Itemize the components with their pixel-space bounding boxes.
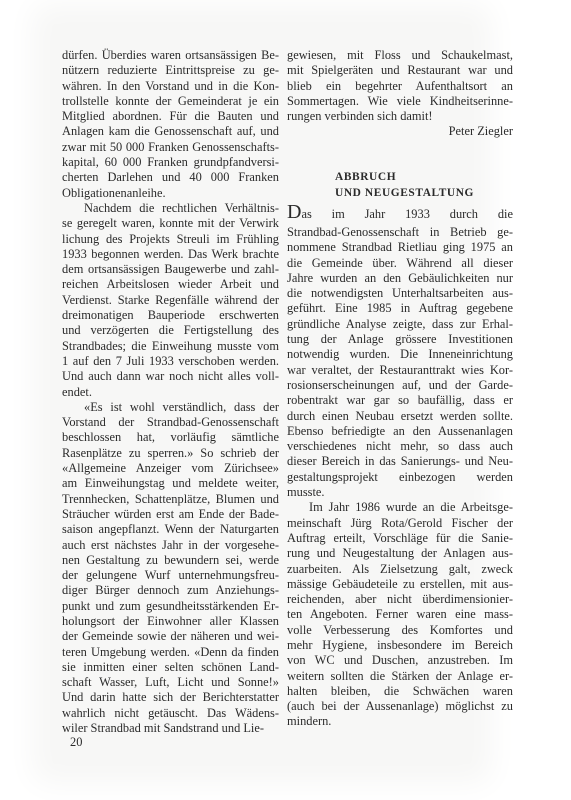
text-line: der Gemeinde sowie der näheren und wei- [62, 629, 279, 644]
text-line: cherten Darlehen und 40 000 Franken [62, 170, 279, 185]
page-number: 20 [70, 735, 82, 750]
text-line: reichenden, aber nicht überdimensionier- [287, 592, 513, 607]
text-line: währen. In den Vorstand und in die Kon- [62, 79, 279, 94]
text-line: ten Angeboten. Ferner waren eine mass- [287, 607, 513, 622]
text-line: tung der Anlage grössere Investitionen [287, 332, 513, 347]
text-line: reichen Arbeitslosen wieder Arbeit und [62, 277, 279, 292]
text-line: die notwendigsten Unterhaltsarbeiten aus… [287, 286, 513, 301]
text-line: sie inmitten einer selten schönen Land- [62, 660, 279, 675]
text-line: Rasenplätze zu sperren.» So schrieb der [62, 446, 279, 461]
text-line: Im Jahr 1986 wurde an die Arbeitsge- [287, 500, 513, 515]
text-line: Mitglied abordnen. Für die Bauten und [62, 109, 279, 124]
text-line: dreimonatigen Bauperiode erschwerten [62, 308, 279, 323]
text-line: «Allgemeine Anzeiger vom Zürichsee» [62, 461, 279, 476]
section-heading-line-1: ABBRUCH [287, 170, 513, 185]
text-line: rung und Neugestaltung der Anlagen aus- [287, 546, 513, 561]
text-line: holungsort der Einwohner aller Klassen [62, 614, 279, 629]
text-line: gewiesen, mit Floss und Schaukelmast, [287, 48, 513, 63]
text-line: geführt. Eine 1985 in Auftrag gegebene [287, 301, 513, 316]
text-line: endet. [62, 385, 279, 400]
text-line: kapital, 60 000 Franken grundpfandversi- [62, 155, 279, 170]
text-line: Strandbad-Genossenschaft in Betrieb ge- [287, 225, 513, 240]
text-line: rosionserscheinungen auf, und der Garde- [287, 378, 513, 393]
text-line: Sträucher würden erst am Ende der Bade- [62, 507, 279, 522]
text-line: Obligationenanleihe. [62, 186, 279, 201]
text-line: dem ortsansässigen Baugewerbe und zahl- [62, 262, 279, 277]
text-line: saison angepflanzt. Wenn der Naturgarten [62, 522, 279, 537]
text-line: 1933 begonnen werden. Das Werk brachte [62, 247, 279, 262]
text-line: teren Umgebung werden. «Denn da finden [62, 645, 279, 660]
text-line: nen Gestaltung zu bewundern sei, werde [62, 553, 279, 568]
text-line: Anlagen kam die Genossenschaft auf, und [62, 124, 279, 139]
text-line: dürfen. Überdies waren ortsansässigen Be… [62, 48, 279, 63]
text-line: weitern sollten die Stärken der Anlage e… [287, 669, 513, 684]
text-line: Auftrag erteilt, Vorschläge für die Sani… [287, 531, 513, 546]
text-line: mindern. [287, 714, 513, 729]
text-line: am Einweihungstag und meldete weiter, [62, 476, 279, 491]
text-line: lichung des Projekts Streuli im Frühling [62, 232, 279, 247]
text-line: Vorstand der Strandbad-Genossenschaft [62, 415, 279, 430]
text-line: se geregelt waren, konnte mit der Verwir… [62, 216, 279, 231]
text-line: mässige Gebäudeteile zu erstellen, mit a… [287, 577, 513, 592]
text-line: notwendig wurden. Die Inneneinrichtung [287, 347, 513, 362]
text-line: blieb ein begehrter Aufenthaltsort an [287, 79, 513, 94]
text-line: diger Bürger dennoch zum Anziehungs- [62, 583, 279, 598]
section-heading-line-2: UND NEUGESTALTUNG [287, 186, 513, 201]
author-signature: Peter Ziegler [287, 124, 513, 139]
dropcap-line: Das im Jahr 1933 durch die [287, 201, 513, 225]
text-line: Ebenso befriedigte an den Aussenanlagen [287, 424, 513, 439]
text-line: zwar mit 50 000 Franken Genossenschafts- [62, 140, 279, 155]
text-line: gründliche Analyse zeigte, dass zur Erha… [287, 317, 513, 332]
text-line: der gelungene Wurf unternehmungsfreu- [62, 568, 279, 583]
text-line: wahrlich nicht getäuscht. Das Wädens- [62, 706, 279, 721]
text-line: «Es ist wohl verständlich, dass der [62, 400, 279, 415]
text-line: rungen verbinden sich damit! [287, 109, 513, 124]
dropcap-letter: D [287, 201, 301, 223]
text-line: zuarbeiten. Als Zielsetzung galt, zweck [287, 562, 513, 577]
text-line: Strandbades; die Einweihung musste vom [62, 339, 279, 354]
text-line: war veraltet, der Restauranttrakt wies K… [287, 363, 513, 378]
text-line: Und auch dann war noch nicht alles voll- [62, 369, 279, 384]
text-line: mehr Hygiene, insbesondere im Bereich [287, 638, 513, 653]
text-line: meinschaft Jürg Rota/Gerold Fischer der [287, 516, 513, 531]
text-line: musste. [287, 485, 513, 500]
text-line: beschlossen hat, vorläufig sämtliche [62, 430, 279, 445]
text-line: (auch bei der Aussenanlage) möglichst zu [287, 699, 513, 714]
text-line: schaft Wasser, Luft, Licht und Sonne!» [62, 675, 279, 690]
text-line: verschiedenes nicht mehr, so dass auch [287, 439, 513, 454]
text-line: 1 auf den 7 Juli 1933 verschoben werden. [62, 354, 279, 369]
text-line: mit Spielgeräten und Restaurant war und [287, 63, 513, 78]
text-line: nützern reduzierte Eintrittspreise zu ge… [62, 63, 279, 78]
text-line: Nachdem die rechtlichen Verhältnis- [62, 201, 279, 216]
text-line: robentrakt war gar so baufällig, dass er [287, 393, 513, 408]
text-line: durch einen Neubau ersetzt werden sollte… [287, 409, 513, 424]
text-line: trollstelle konnte der Gemeinderat je ei… [62, 94, 279, 109]
text-line: auch erst nächstes Jahr in der vorgesehe… [62, 538, 279, 553]
text-line: nommene Strandbad Rietliau ging 1975 an [287, 240, 513, 255]
spacer [287, 140, 513, 155]
text-line: volle Verbesserung des Komfortes und [287, 623, 513, 638]
text-line: Verdienst. Starke Regenfälle während der [62, 293, 279, 308]
text-line: Und darin hatte sich der Berichterstatte… [62, 690, 279, 705]
text-line: halten bleiben, die Schwächen waren [287, 684, 513, 699]
spacer [287, 155, 513, 170]
text-line: Jahre wurden an den Gebäulichkeiten nur [287, 271, 513, 286]
dropcap-rest: as im Jahr 1933 durch die [301, 207, 513, 221]
text-line: wiler Strandbad mit Sandstrand und Lie- [62, 721, 279, 736]
text-line: Sommertagen. Wie viele Kindheitserinne- [287, 94, 513, 109]
left-column: dürfen. Überdies waren ortsansässigen Be… [62, 48, 279, 736]
text-line: gestaltungsprojekt einbezogen werden [287, 470, 513, 485]
text-line: dieser Bereich in das Sanierungs- und Ne… [287, 454, 513, 469]
text-line: die Gemeinde über. Während all dieser [287, 256, 513, 271]
text-line: und verzögerten die Fertigstellung des [62, 323, 279, 338]
text-line: Trennhecken, Schattenplätze, Blumen und [62, 492, 279, 507]
text-line: von WC und Duschen, anzustreben. Im [287, 653, 513, 668]
text-line: punkt und zum gesundheitsstärkenden Er- [62, 599, 279, 614]
right-column: gewiesen, mit Floss und Schaukelmast,mit… [287, 48, 513, 730]
